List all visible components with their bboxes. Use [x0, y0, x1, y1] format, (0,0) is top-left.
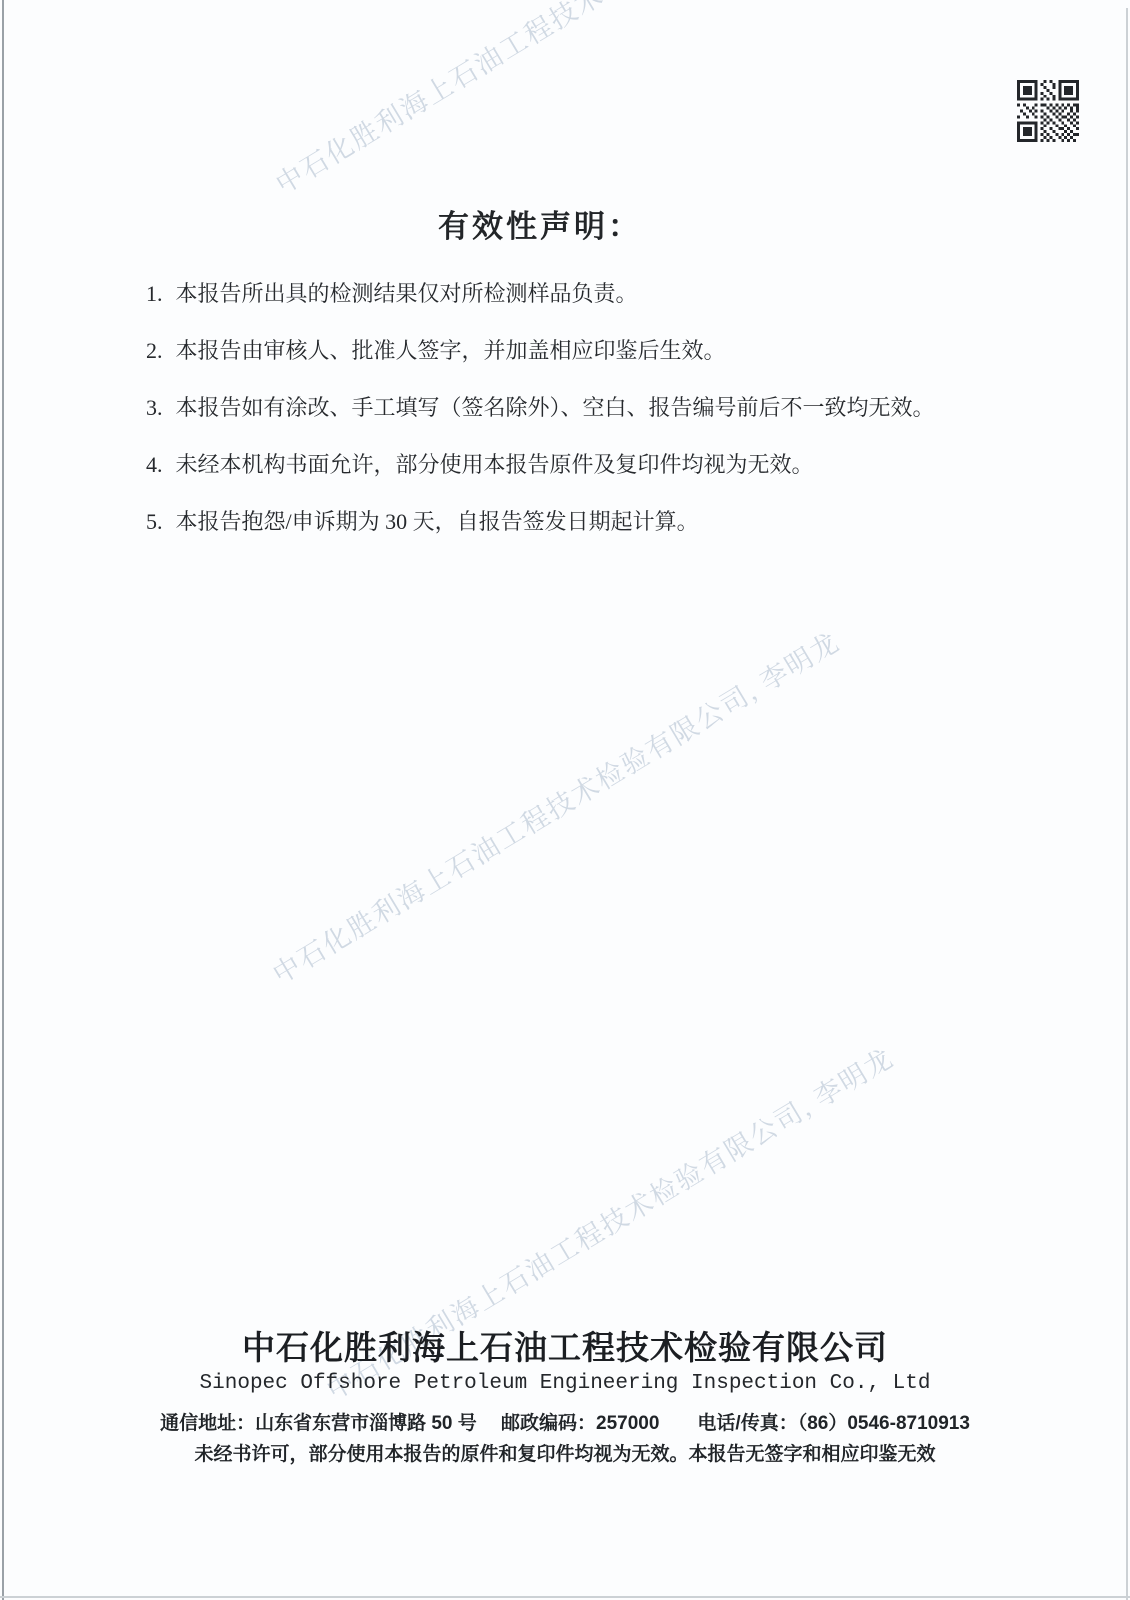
statement-item: 4. 未经本机构书面允许，部分使用本报告原件及复印件均视为无效。	[146, 450, 1026, 507]
footer-notice: 未经书许可，部分使用本报告的原件和复印件均视为无效。本报告无签字和相应印鉴无效	[0, 1439, 1130, 1466]
company-footer: 中石化胜利海上石油工程技术检验有限公司 Sinopec Offshore Pet…	[0, 1322, 1130, 1466]
statement-item-text: 本报告抱怨/申诉期为 30 天，自报告签发日期起计算。	[176, 507, 699, 537]
company-address: 通信地址：山东省东营市淄博路 50 号 邮政编码：257000 电话/传真：（8…	[0, 1408, 1130, 1435]
statement-item-text: 本报告所出具的检测结果仅对所检测样品负责。	[176, 279, 638, 309]
statement-item-text: 本报告由审核人、批准人签字，并加盖相应印鉴后生效。	[176, 336, 726, 366]
statement-item-text: 本报告如有涂改、手工填写（签名除外）、空白、报告编号前后不一致均无效。	[176, 393, 935, 423]
page-title: 有效性声明：	[0, 201, 1080, 246]
statement-item-number: 5.	[146, 507, 163, 537]
page-edge-bottom	[0, 1596, 1130, 1598]
statement-item-text: 未经本机构书面允许，部分使用本报告原件及复印件均视为无效。	[176, 450, 814, 480]
statement-item: 5. 本报告抱怨/申诉期为 30 天，自报告签发日期起计算。	[146, 507, 1026, 564]
statement-item: 1. 本报告所出具的检测结果仅对所检测样品负责。	[146, 279, 1026, 336]
statement-item-number: 1.	[146, 279, 163, 309]
statement-item: 2. 本报告由审核人、批准人签字，并加盖相应印鉴后生效。	[146, 336, 1026, 393]
statement-list: 1. 本报告所出具的检测结果仅对所检测样品负责。 2. 本报告由审核人、批准人签…	[146, 279, 1026, 564]
watermark-middle: 中石化胜利海上石油工程技术检验有限公司, 李明龙	[264, 620, 846, 991]
company-name-en: Sinopec Offshore Petroleum Engineering I…	[0, 1372, 1130, 1395]
statement-item: 3. 本报告如有涂改、手工填写（签名除外）、空白、报告编号前后不一致均无效。	[146, 393, 1026, 450]
statement-item-number: 4.	[146, 450, 163, 480]
qr-code-icon	[1017, 80, 1079, 142]
watermark-top: 中石化胜利海上石油工程技术检验有限公司, 李明龙	[267, 0, 849, 201]
document-page: 中石化胜利海上石油工程技术检验有限公司, 李明龙 中石化胜利海上石油工程技术检验…	[0, 0, 1130, 1600]
statement-item-number: 3.	[146, 393, 163, 423]
company-name-cn: 中石化胜利海上石油工程技术检验有限公司	[0, 1322, 1130, 1369]
statement-item-number: 2.	[146, 336, 163, 366]
